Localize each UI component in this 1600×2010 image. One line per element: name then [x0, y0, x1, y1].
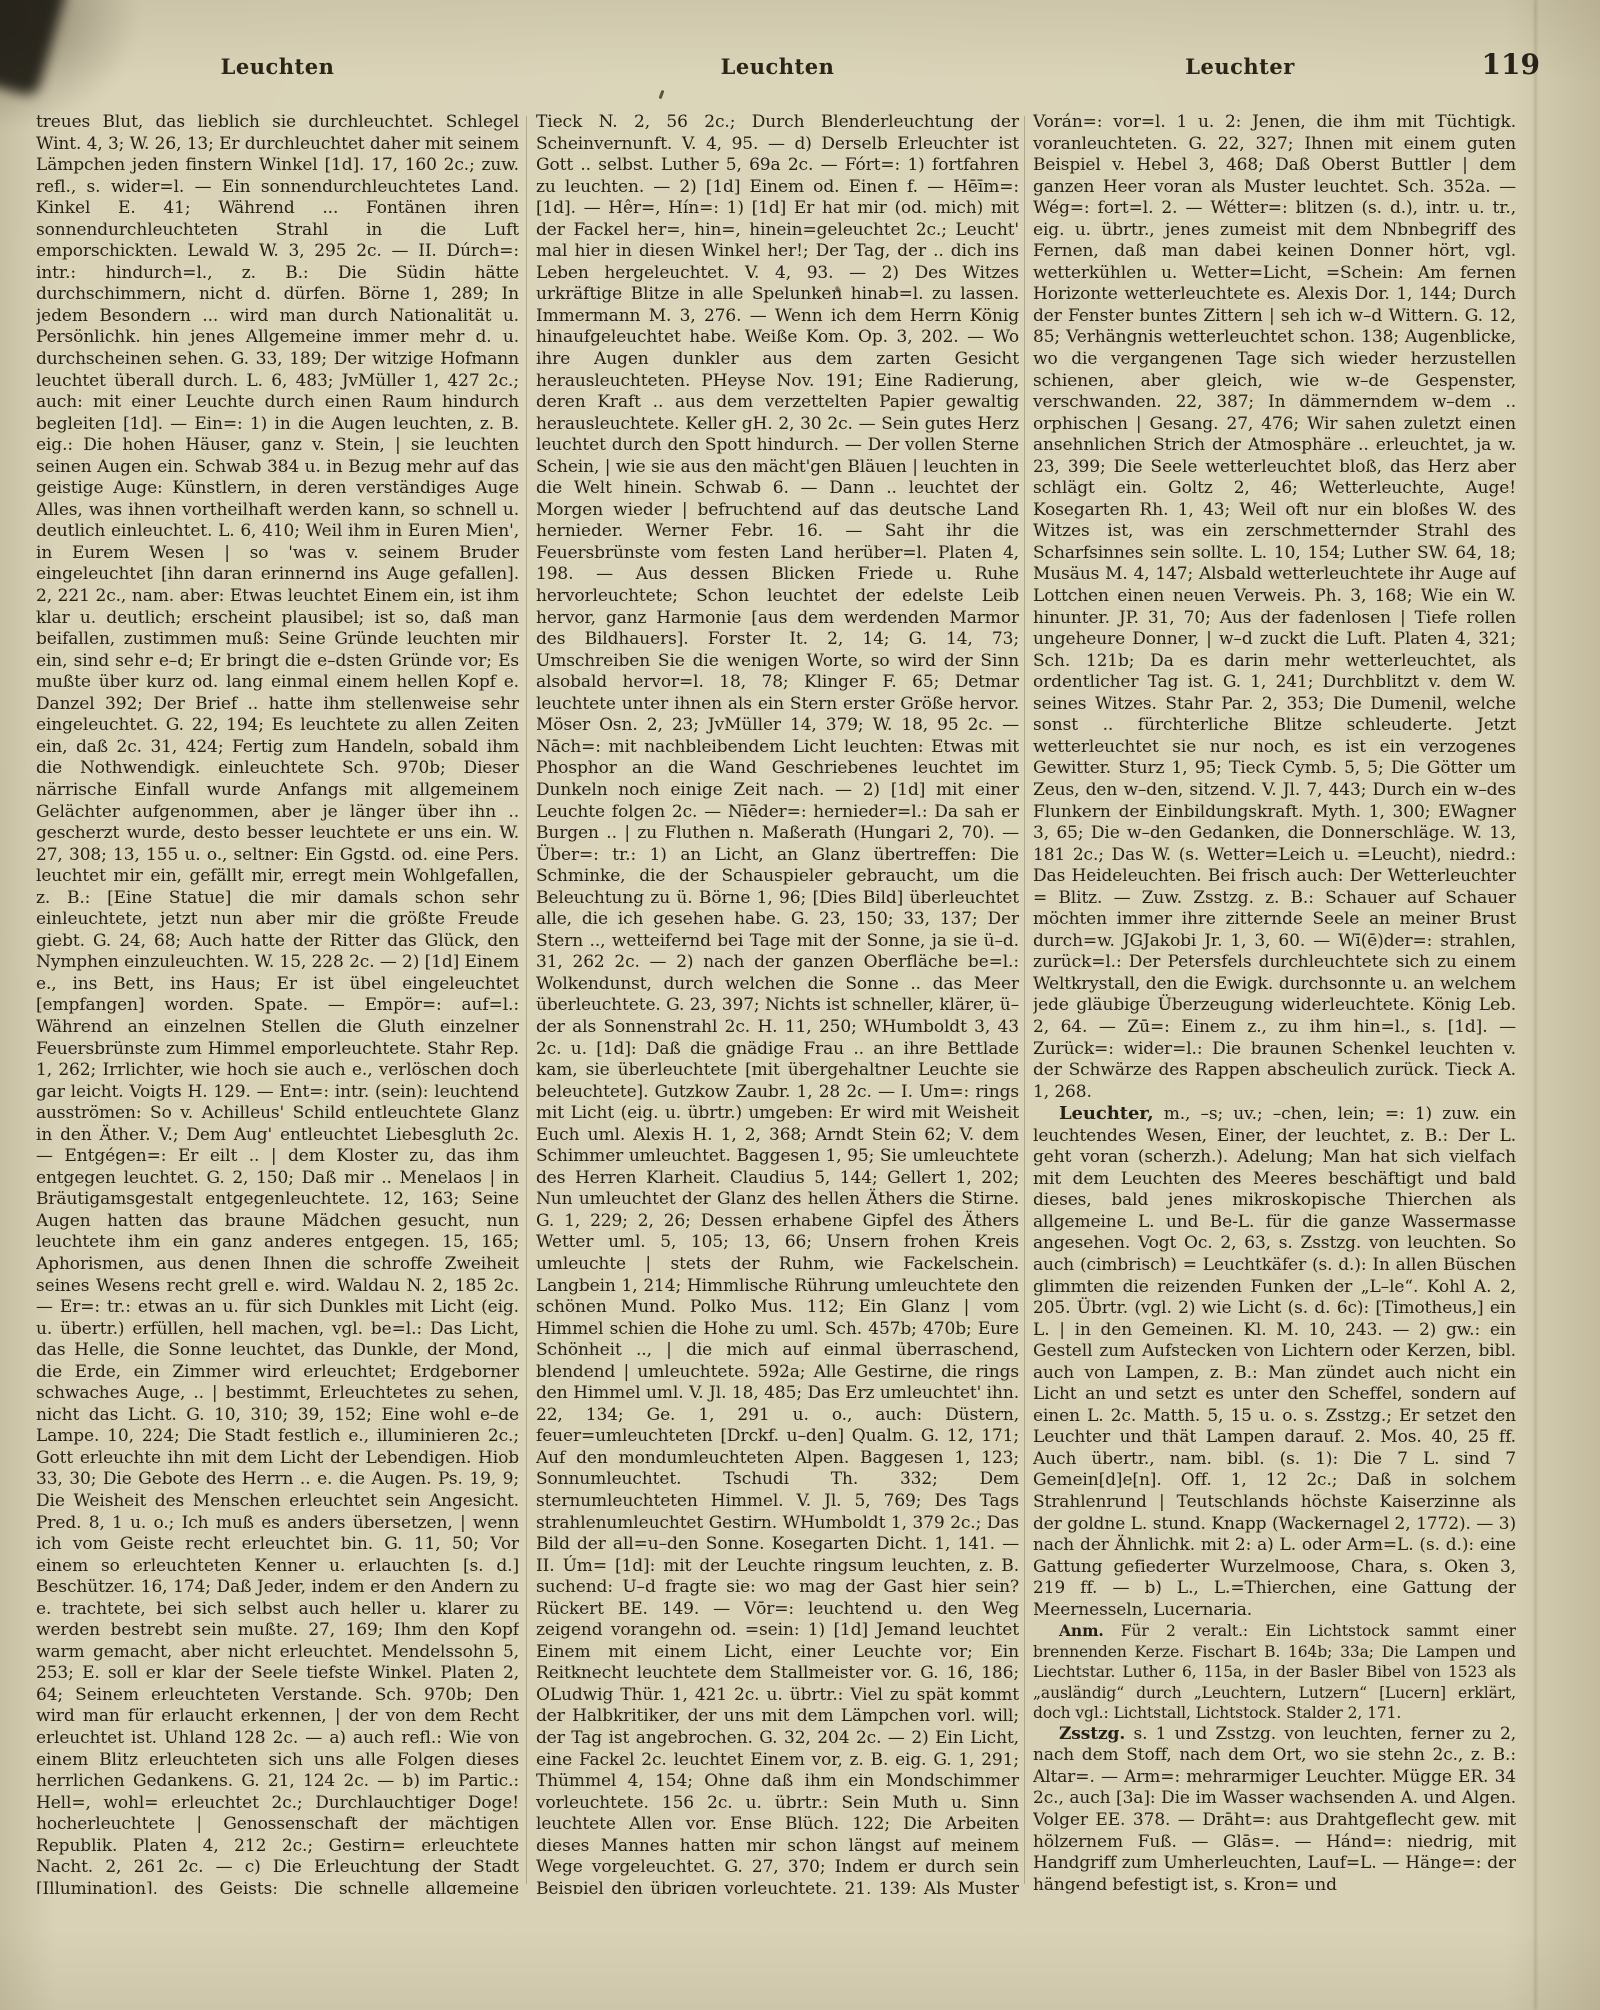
running-head-center: Leuchten — [536, 54, 1019, 82]
column-divider-right — [1024, 116, 1025, 1884]
page-crease — [1534, 0, 1537, 2010]
running-head-right: Leuchter — [1040, 54, 1440, 82]
column-2: Tieck N. 2, 56 2c.; Durch Blenderleuchtu… — [536, 112, 1019, 1894]
anm-paragraph: Anm. Für 2 veralt.: Ein Lichtstock sammt… — [1033, 1621, 1516, 1724]
column-1: treues Blut, das lieblich sie durchleuch… — [36, 112, 519, 1894]
column-3: Vorán=: vor=l. 1 u. 2: Jenen, die ihm mi… — [1033, 112, 1516, 1894]
running-head-left: Leuchten — [36, 54, 519, 82]
column-2-text: Tieck N. 2, 56 2c.; Durch Blenderleuchtu… — [536, 112, 1019, 1894]
entry-leuchter-headword: Leuchter, — [1059, 1103, 1154, 1124]
entry-leuchter-body: m., –s; uv.; –chen, lein; =: 1) zuw. ein… — [1033, 1104, 1516, 1620]
column-1-text: treues Blut, das lieblich sie durchleuch… — [36, 112, 519, 1894]
zsstzg-paragraph: Zsstzg. s. 1 und Zsstzg. von leuchten, f… — [1033, 1724, 1516, 1894]
anm-label: Anm. — [1059, 1621, 1104, 1640]
column-3-continuation: Vorán=: vor=l. 1 u. 2: Jenen, die ihm mi… — [1033, 112, 1516, 1103]
page-number: 119 — [1430, 48, 1540, 81]
column-divider-left — [526, 116, 527, 1884]
ink-speck — [659, 90, 665, 99]
zsstzg-label: Zsstzg. — [1059, 1724, 1125, 1744]
zsstzg-body: s. 1 und Zsstzg. von leuchten, ferner zu… — [1033, 1724, 1516, 1894]
anm-body: Für 2 veralt.: Ein Lichtstock sammt eine… — [1033, 1622, 1516, 1722]
entry-leuchter: Leuchter, m., –s; uv.; –chen, lein; =: 1… — [1033, 1103, 1516, 1621]
scanned-dictionary-page: Leuchten Leuchten Leuchter 119 treues Bl… — [0, 0, 1600, 2010]
